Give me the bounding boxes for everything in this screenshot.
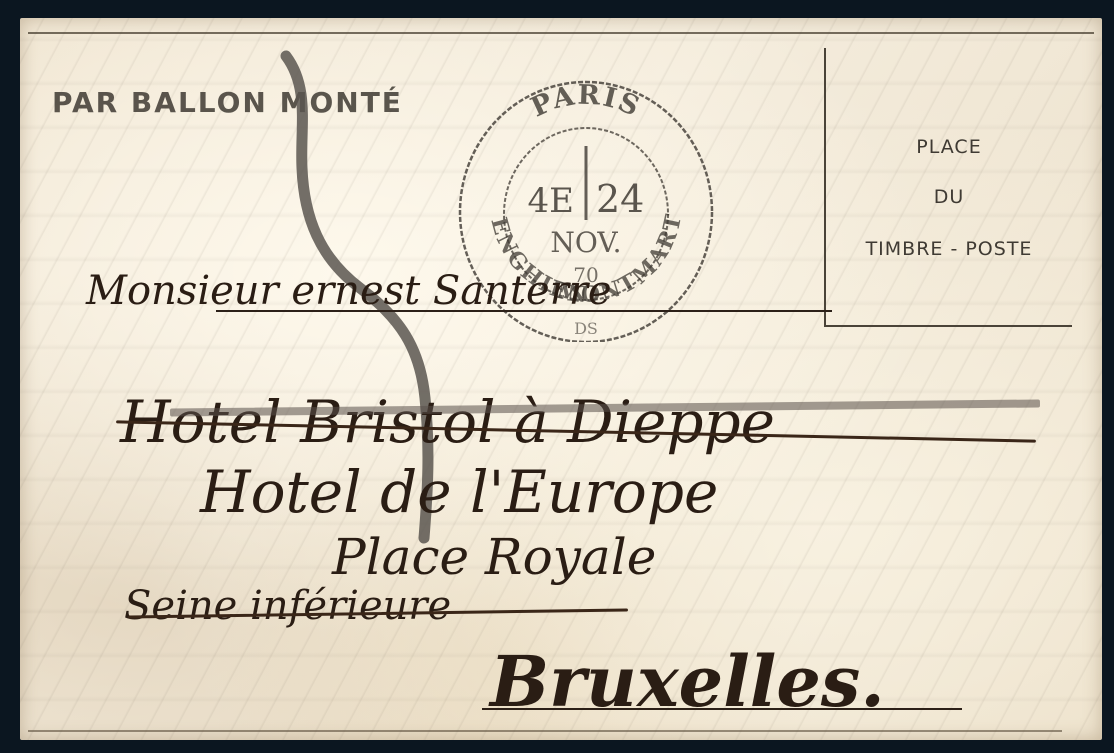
city-underline (482, 708, 962, 710)
pencil-stroke-icon (20, 18, 1102, 740)
addressee-name: Monsieur ernest Santerre (86, 268, 612, 314)
destination-city: Bruxelles. (490, 640, 885, 723)
struck-department: Seine inférieure (124, 583, 451, 629)
forwarding-hotel: Hotel de l'Europe (200, 458, 718, 526)
envelope: PAR BALLON MONTÉ PLACE DU TIMBRE - POSTE… (20, 18, 1102, 740)
forwarding-street: Place Royale (332, 528, 656, 586)
addressee-underline (216, 310, 832, 312)
